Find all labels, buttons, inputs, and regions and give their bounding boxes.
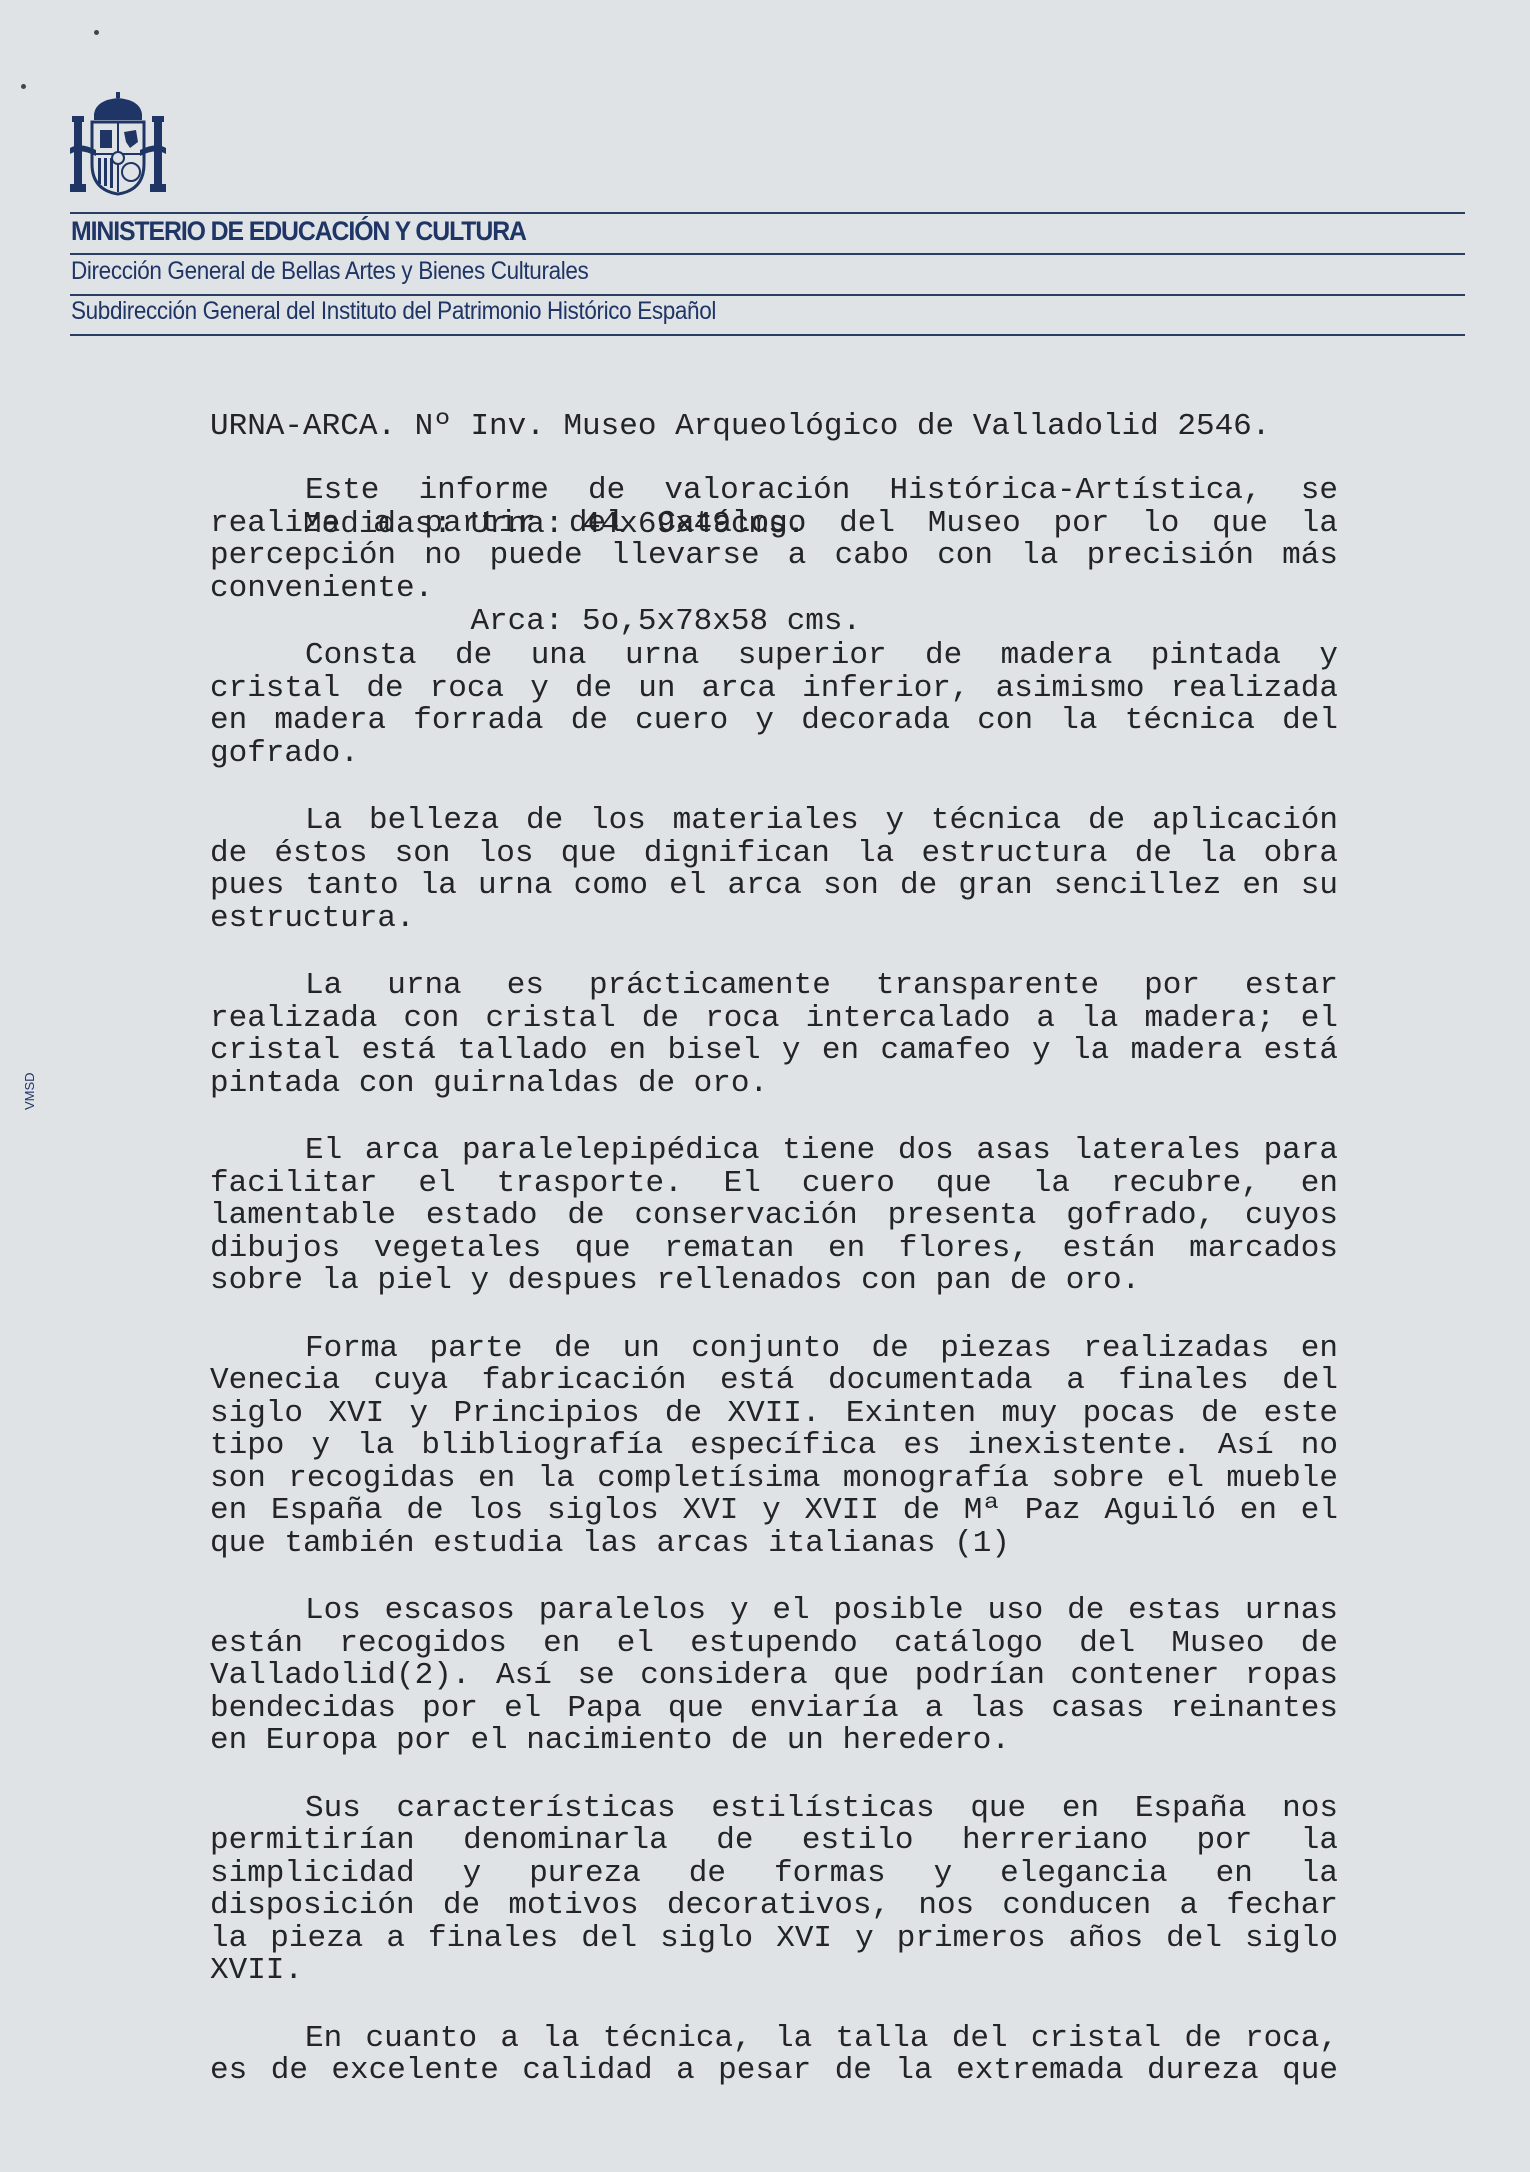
paragraph: La urna es prácticamente transparente po… (210, 970, 1338, 1100)
paragraph-line: Venecia cuya fabricación está documentad… (210, 1365, 1338, 1398)
paragraph-line: Los escasos paralelos y el posible uso d… (210, 1595, 1338, 1628)
paragraph-line: en madera forrada de cuero y decorada co… (210, 705, 1338, 738)
paragraph-line: percepción no puede llevarse a cabo con … (210, 540, 1338, 573)
paragraph-line: sobre la piel y despues rellenados con p… (210, 1265, 1338, 1298)
paragraph-line: Forma parte de un conjunto de piezas rea… (210, 1333, 1338, 1366)
paragraph-line: en España de los siglos XVI y XVII de Mª… (210, 1495, 1338, 1528)
report-body: Este informe de valoración Histórica-Art… (210, 475, 1338, 2123)
paragraph: Forma parte de un conjunto de piezas rea… (210, 1333, 1338, 1561)
paragraph-line: La urna es prácticamente transparente po… (210, 970, 1338, 1003)
paragraph-line: El arca paralelepipédica tiene dos asas … (210, 1135, 1338, 1168)
paragraph: En cuanto a la técnica, la talla del cri… (210, 2023, 1338, 2088)
paragraph-line: La belleza de los materiales y técnica d… (210, 805, 1338, 838)
scan-speck (21, 84, 26, 89)
letterhead-rule (70, 294, 1465, 296)
letterhead-rule (70, 253, 1465, 255)
paragraph-line: están recogidos en el estupendo catálogo… (210, 1628, 1338, 1661)
ministry-name: MINISTERIO DE EDUCACIÓN Y CULTURA (71, 216, 526, 247)
paragraph: Los escasos paralelos y el posible uso d… (210, 1595, 1338, 1758)
paragraph-line: cristal de roca y de un arca inferior, a… (210, 673, 1338, 706)
paragraph-line: siglo XVI y Principios de XVII. Exinten … (210, 1398, 1338, 1431)
paragraph-line: XVII. (210, 1955, 1338, 1988)
paragraph-line: Consta de una urna superior de madera pi… (210, 640, 1338, 673)
paragraph-line: gofrado. (210, 738, 1338, 771)
paragraph-line: conveniente. (210, 573, 1338, 606)
paragraph-line: que también estudia las arcas italianas … (210, 1528, 1338, 1561)
paragraph-line: permitirían denominarla de estilo herrer… (210, 1825, 1338, 1858)
letterhead-rule (70, 334, 1465, 336)
paragraph-line: de éstos son los que dignifican la estru… (210, 838, 1338, 871)
paragraph-line: son recogidas en la completísima monogra… (210, 1463, 1338, 1496)
paragraph-line: es de excelente calidad a pesar de la ex… (210, 2055, 1338, 2088)
paragraph-line: Valladolid(2). Así se considera que podr… (210, 1660, 1338, 1693)
paragraph-line: cristal está tallado en bisel y en camaf… (210, 1035, 1338, 1068)
paragraph-line: tipo y la blibliografía específica es in… (210, 1430, 1338, 1463)
directorate-name: Dirección General de Bellas Artes y Bien… (71, 257, 588, 286)
paragraph-line: bendecidas por el Papa que enviaría a la… (210, 1693, 1338, 1726)
paragraph-line: En cuanto a la técnica, la talla del cri… (210, 2023, 1338, 2056)
paragraph-line: dibujos vegetales que rematan en flores,… (210, 1233, 1338, 1266)
paragraph-line: facilitar el trasporte. El cuero que la … (210, 1168, 1338, 1201)
paragraph-line: pintada con guirnaldas de oro. (210, 1068, 1338, 1101)
paragraph: El arca paralelepipédica tiene dos asas … (210, 1135, 1338, 1298)
paragraph-line: la pieza a finales del siglo XVI y prime… (210, 1923, 1338, 1956)
scan-speck (94, 30, 99, 35)
side-margin-label: VMSD (22, 1072, 37, 1110)
paragraph: Sus características estilísticas que en … (210, 1793, 1338, 1988)
paragraph-line: simplicidad y pureza de formas y eleganc… (210, 1858, 1338, 1891)
inventory-line: URNA-ARCA. Nº Inv. Museo Arqueológico de… (210, 411, 1270, 444)
paragraph-line: Este informe de valoración Histórica-Art… (210, 475, 1338, 508)
paragraph-line: pues tanto la urna como el arca son de g… (210, 870, 1338, 903)
paragraph-line: en Europa por el nacimiento de un herede… (210, 1725, 1338, 1758)
subdirectorate-name: Subdirección General del Instituto del P… (71, 297, 716, 326)
paragraph-line: estructura. (210, 903, 1338, 936)
letterhead-rule (70, 212, 1465, 214)
paragraph-line: Sus características estilísticas que en … (210, 1793, 1338, 1826)
paragraph-line: disposición de motivos decorativos, nos … (210, 1890, 1338, 1923)
paragraph: Este informe de valoración Histórica-Art… (210, 475, 1338, 605)
paragraph: Consta de una urna superior de madera pi… (210, 640, 1338, 770)
paragraph-line: lamentable estado de conservación presen… (210, 1200, 1338, 1233)
paragraph-line: realizada con cristal de roca intercalad… (210, 1003, 1338, 1036)
spain-coat-of-arms-icon (68, 92, 168, 196)
paragraph: La belleza de los materiales y técnica d… (210, 805, 1338, 935)
paragraph-line: realiza a partir del Catálogo del Museo … (210, 508, 1338, 541)
